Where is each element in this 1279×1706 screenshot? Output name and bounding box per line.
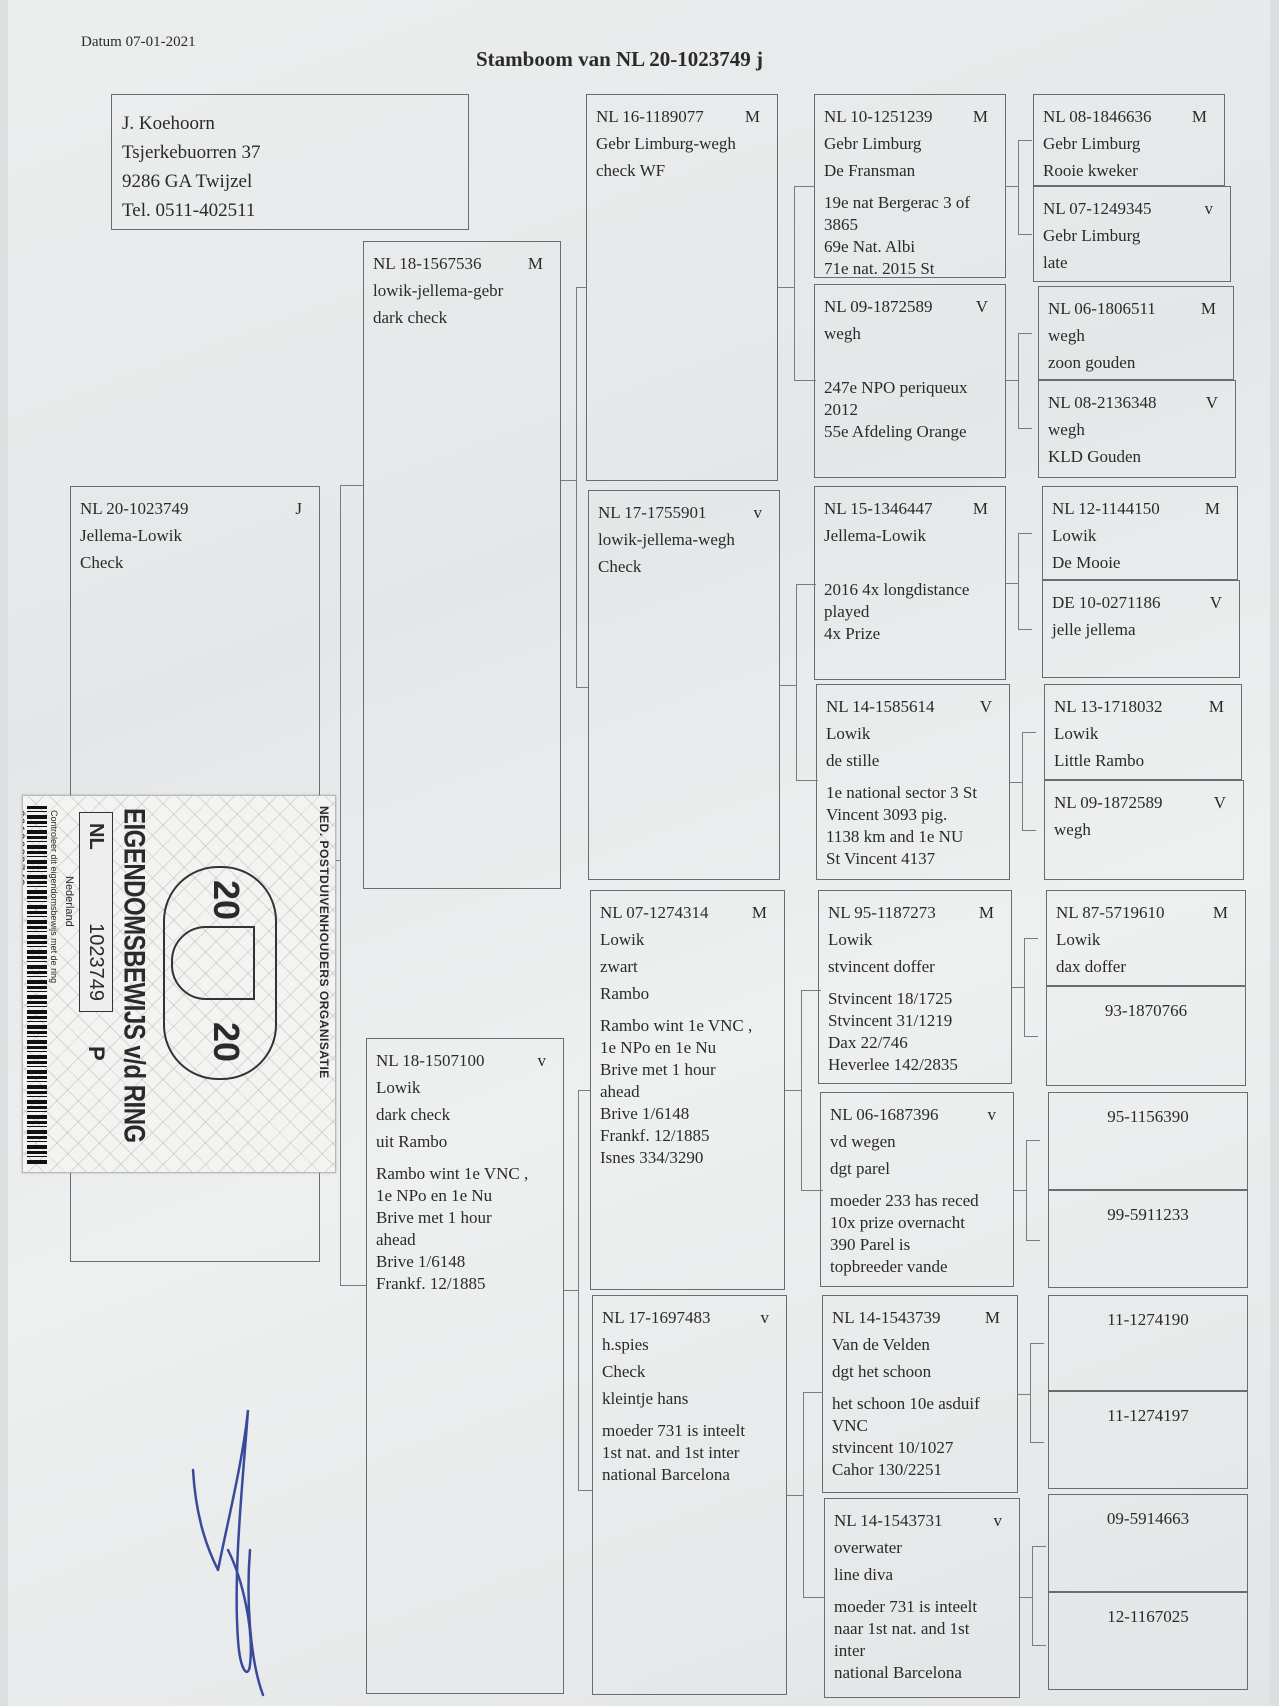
connector-line <box>1026 1240 1040 1241</box>
ring-number: NL 15-1346447 <box>824 495 932 522</box>
ring-number: NL 18-1507100 <box>376 1047 484 1074</box>
connector-line <box>794 186 814 187</box>
pigeon-detail: lowik-jellema-wegh <box>598 526 770 553</box>
sex-marker: M <box>1205 495 1220 522</box>
connector-line <box>1006 186 1018 187</box>
grandparent-box-2: NL 07-1274314MLowikzwartRamboRambo wint … <box>590 890 785 1290</box>
note-line: ahead <box>376 1229 554 1251</box>
pigeon-detail: Lowik <box>826 720 1000 747</box>
great-grandparent-box-6: NL 14-1543739MVan de Veldendgt het schoo… <box>822 1295 1018 1493</box>
note-line: St Vincent 4137 <box>826 848 1000 870</box>
owner-city: 9286 GA Twijzel <box>122 167 458 196</box>
grandparent-box-0: NL 16-1189077MGebr Limburg-weghcheck WF <box>586 94 778 481</box>
pigeon-detail: Gebr Limburg <box>1043 130 1215 157</box>
owner-street: Tsjerkebuorren 37 <box>122 138 458 167</box>
sex-marker: v <box>994 1507 1003 1534</box>
ring-number: NL 20-1023749 <box>80 495 188 522</box>
pigeon-detail: Lowik <box>600 926 775 953</box>
great-great-grandparent-box-14: 09-5914663 <box>1048 1494 1248 1592</box>
pigeon-header: NL 15-1346447M <box>824 495 996 522</box>
great-great-grandparent-box-4: NL 12-1144150MLowikDe Mooie <box>1042 486 1238 580</box>
pigeon-header: NL 10-1251239M <box>824 103 996 130</box>
date-value: 07-01-2021 <box>126 34 196 50</box>
sex-marker: M <box>1192 103 1207 130</box>
pigeon-detail: Van de Velden <box>832 1331 1008 1358</box>
pigeon-detail: Jellema-Lowik <box>824 522 996 549</box>
ring-number: NL 08-1846636 <box>1043 103 1151 130</box>
sex-marker: v <box>761 1304 770 1331</box>
pigeon-header: NL 20-1023749J <box>80 495 310 522</box>
connector-line <box>1014 1190 1026 1191</box>
pigeon-detail: dgt het schoon <box>832 1358 1008 1385</box>
pigeon-detail: kleintje hans <box>602 1385 777 1412</box>
pigeon-header: DE 10-0271186V <box>1052 589 1230 616</box>
note-line: Isnes 334/3290 <box>600 1147 775 1169</box>
note-line: 1138 km and 1e NU <box>826 826 1000 848</box>
great-great-grandparent-box-9: 93-1870766 <box>1046 986 1246 1086</box>
sex-marker: M <box>985 1304 1000 1331</box>
owner-phone: Tel. 0511-402511 <box>122 196 458 225</box>
ring-number: NL 09-1872589 <box>1054 789 1162 816</box>
sex-marker: M <box>973 103 988 130</box>
pigeon-detail: Lowik <box>1052 522 1228 549</box>
connector-line <box>1024 938 1025 1036</box>
connector-line <box>1030 1343 1044 1344</box>
pigeon-detail: Gebr Limburg-wegh <box>596 130 768 157</box>
connector-line <box>1006 380 1018 381</box>
pigeon-detail: dgt parel <box>830 1155 1004 1182</box>
connector-line <box>1018 140 1032 141</box>
pigeon-detail: Rambo <box>600 980 775 1007</box>
barcode-icon <box>27 806 47 1166</box>
pigeon-detail: Lowik <box>376 1074 554 1101</box>
note-line: Heverlee 142/2835 <box>828 1054 1002 1076</box>
pigeon-notes: het schoon 10e asduifVNCstvincent 10/102… <box>832 1393 1008 1481</box>
connector-line <box>803 1392 804 1597</box>
connector-line <box>576 287 577 687</box>
pigeon-notes: 19e nat Bergerac 3 of386569e Nat. Albi71… <box>824 192 996 280</box>
pigeon-header: NL 17-1697483v <box>602 1304 777 1331</box>
pigeon-detail: KLD Gouden <box>1048 443 1226 470</box>
sex-marker: v <box>538 1047 547 1074</box>
connector-line <box>787 1495 803 1496</box>
connector-line <box>1022 732 1023 830</box>
pigeon-detail: zoon gouden <box>1048 349 1224 376</box>
pigeon-detail: Lowik <box>1056 926 1236 953</box>
connector-line <box>578 1090 579 1490</box>
note-line: 1e NPo en 1e Nu <box>600 1037 775 1059</box>
connector-line <box>1032 1546 1033 1645</box>
great-grandparent-box-5: NL 06-1687396vvd wegendgt parelmoeder 23… <box>820 1092 1014 1287</box>
ring-number: NL 07-1249345 <box>1043 195 1151 222</box>
ring-number: 95-1156390 <box>1058 1103 1238 1130</box>
pigeon-header: NL 14-1585614V <box>826 693 1000 720</box>
date-line: Datum 07-01-2021 <box>81 34 196 51</box>
great-great-grandparent-box-0: NL 08-1846636MGebr LimburgRooie kweker <box>1033 94 1225 186</box>
great-great-grandparent-box-13: 11-1274197 <box>1048 1391 1248 1489</box>
great-grandparent-box-7: NL 14-1543731voverwaterline divamoeder 7… <box>824 1498 1020 1698</box>
note-line: moeder 731 is inteelt <box>602 1420 777 1442</box>
pigeon-header: NL 08-2136348V <box>1048 389 1226 416</box>
sex-marker: M <box>979 899 994 926</box>
parent-box-0: NL 18-1567536Mlowik-jellema-gebrdark che… <box>363 241 561 889</box>
sex-marker: M <box>1201 295 1216 322</box>
connector-line <box>796 584 816 585</box>
great-great-grandparent-box-7: NL 09-1872589Vwegh <box>1044 780 1244 880</box>
sex-marker: V <box>1214 789 1226 816</box>
pigeon-detail: dax doffer <box>1056 953 1236 980</box>
note-line: 2012 <box>824 399 996 421</box>
parent-box-1: NL 18-1507100vLowikdark checkuit RamboRa… <box>366 1038 564 1694</box>
signature-icon <box>188 1400 278 1700</box>
pigeon-detail: wegh <box>1054 816 1234 843</box>
pigeon-detail: De Mooie <box>1052 549 1228 576</box>
connector-line <box>561 480 576 481</box>
pigeon-detail: check WF <box>596 157 768 184</box>
note-line: het schoon 10e asduif <box>832 1393 1008 1415</box>
note-line: VNC <box>832 1415 1008 1437</box>
pigeon-header: NL 12-1144150M <box>1052 495 1228 522</box>
ring-number: NL 08-2136348 <box>1048 389 1156 416</box>
pigeon-header: NL 09-1872589V <box>1054 789 1234 816</box>
great-grandparent-box-0: NL 10-1251239MGebr LimburgDe Fransman19e… <box>814 94 1006 278</box>
pigeon-header: NL 07-1274314M <box>600 899 775 926</box>
great-grandparent-box-1: NL 09-1872589Vwegh247e NPO periqueux2012… <box>814 284 1006 478</box>
pigeon-header: NL 18-1507100v <box>376 1047 554 1074</box>
connector-line <box>1030 1343 1031 1442</box>
great-great-grandparent-box-6: NL 13-1718032MLowikLittle Rambo <box>1044 684 1242 780</box>
sex-marker: M <box>1209 693 1224 720</box>
ring-number: NL 09-1872589 <box>824 293 932 320</box>
note-line: naar 1st nat. and 1st <box>834 1618 1010 1640</box>
note-line: Brive 1/6148 <box>600 1103 775 1125</box>
connector-line <box>1024 938 1038 939</box>
grandparent-box-3: NL 17-1697483vh.spiesCheckkleintje hansm… <box>592 1295 787 1695</box>
card-check-text: Controleer dit eigendomsbewijs met de ri… <box>49 810 59 983</box>
connector-line <box>1018 1394 1030 1395</box>
pigeon-notes: 1e national sector 3 StVincent 3093 pig.… <box>826 782 1000 870</box>
connector-line <box>1024 1036 1038 1037</box>
connector-line <box>1018 533 1032 534</box>
note-line: stvincent 10/1027 <box>832 1437 1008 1459</box>
pigeon-detail: Jellema-Lowik <box>80 522 310 549</box>
card-year-left: 20 <box>205 880 247 920</box>
connector-line <box>340 485 341 1285</box>
note-line: 55e Afdeling Orange <box>824 421 996 443</box>
connector-line <box>801 1190 823 1191</box>
ring-number: NL 14-1543739 <box>832 1304 940 1331</box>
connector-line <box>801 990 802 1190</box>
note-line: 3865 <box>824 214 996 236</box>
great-great-grandparent-box-8: NL 87-5719610MLowikdax doffer <box>1046 890 1246 986</box>
owner-address-box: J. Koehoorn Tsjerkebuorren 37 9286 GA Tw… <box>111 94 469 230</box>
connector-line <box>796 584 797 780</box>
sex-marker: V <box>1210 589 1222 616</box>
ring-number: NL 17-1697483 <box>602 1304 710 1331</box>
note-line: Vincent 3093 pig. <box>826 804 1000 826</box>
pigeon-notes: moeder 233 has reced10x prize overnacht3… <box>830 1190 1004 1278</box>
note-line: 71e nat. 2015 St <box>824 258 996 280</box>
connector-line <box>340 1285 366 1286</box>
great-grandparent-box-4: NL 95-1187273MLowikstvincent dofferStvin… <box>818 890 1012 1084</box>
pigeon-header: NL 95-1187273M <box>828 899 1002 926</box>
connector-line <box>1020 1597 1032 1598</box>
note-line: topbreeder vande <box>830 1256 1004 1278</box>
pigeon-detail: Check <box>602 1358 777 1385</box>
ring-number: NL 95-1187273 <box>828 899 936 926</box>
sex-marker: v <box>754 499 763 526</box>
barcode-number: 2010023749 <box>22 810 27 887</box>
note-line: Cahor 130/2251 <box>832 1459 1008 1481</box>
sex-marker: v <box>1205 195 1214 222</box>
card-organisation: NED. POSTDUIVENHOUDERS ORGANISATIE <box>317 806 331 1079</box>
ring-number: NL 17-1755901 <box>598 499 706 526</box>
card-country: Nederland <box>63 876 75 927</box>
pigeon-header: NL 14-1543739M <box>832 1304 1008 1331</box>
note-line: ahead <box>600 1081 775 1103</box>
note-line: Brive met 1 hour <box>376 1207 554 1229</box>
pigeon-header: NL 07-1249345v <box>1043 195 1221 222</box>
note-line: Brive met 1 hour <box>600 1059 775 1081</box>
pigeon-detail: dark check <box>376 1101 554 1128</box>
connector-line <box>1018 533 1019 629</box>
note-line: 2016 4x longdistance <box>824 579 996 601</box>
note-line: national Barcelona <box>602 1464 777 1486</box>
note-line <box>824 557 996 579</box>
pigeon-detail: dark check <box>373 304 551 331</box>
note-line: 4x Prize <box>824 623 996 645</box>
sex-marker: v <box>988 1101 997 1128</box>
pigeon-header: NL 14-1543731v <box>834 1507 1010 1534</box>
note-line: 390 Parel is <box>830 1234 1004 1256</box>
note-line: 1e NPo en 1e Nu <box>376 1185 554 1207</box>
note-line: Rambo wint 1e VNC , <box>600 1015 775 1037</box>
connector-line <box>578 1090 590 1091</box>
great-great-grandparent-box-10: 95-1156390 <box>1048 1092 1248 1190</box>
great-great-grandparent-box-1: NL 07-1249345vGebr Limburglate <box>1033 186 1231 282</box>
ring-number: NL 13-1718032 <box>1054 693 1162 720</box>
pigeon-header: NL 06-1687396v <box>830 1101 1004 1128</box>
ring-number: 09-5914663 <box>1058 1505 1238 1532</box>
ring-number: NL 14-1585614 <box>826 693 934 720</box>
sex-marker: V <box>1206 389 1218 416</box>
connector-line <box>1022 732 1036 733</box>
sex-marker: M <box>973 495 988 522</box>
connector-line <box>785 1090 801 1091</box>
pigeon-detail: de stille <box>826 747 1000 774</box>
pigeon-detail: Check <box>80 549 310 576</box>
card-country-code: NL <box>85 823 108 850</box>
note-line: 1e national sector 3 St <box>826 782 1000 804</box>
pigeon-detail: vd wegen <box>830 1128 1004 1155</box>
great-great-grandparent-box-12: 11-1274190 <box>1048 1295 1248 1391</box>
grandparent-box-1: NL 17-1755901vlowik-jellema-weghCheck <box>588 490 780 880</box>
note-line: 1st nat. and 1st inter <box>602 1442 777 1464</box>
pigeon-notes: moeder 731 is inteeltnaar 1st nat. and 1… <box>834 1596 1010 1684</box>
pigeon-notes: Stvincent 18/1725Stvincent 31/1219Dax 22… <box>828 988 1002 1076</box>
pigeon-notes: moeder 731 is inteelt1st nat. and 1st in… <box>602 1420 777 1486</box>
pigeon-detail: De Fransman <box>824 157 996 184</box>
connector-line <box>794 186 795 380</box>
pigeon-header: NL 08-1846636M <box>1043 103 1215 130</box>
pigeon-header: NL 06-1806511M <box>1048 295 1224 322</box>
connector-line <box>1018 234 1032 235</box>
pigeon-detail: lowik-jellema-gebr <box>373 277 551 304</box>
note-line: Frankf. 12/1885 <box>376 1273 554 1295</box>
connector-line <box>578 1490 592 1491</box>
connector-line <box>794 380 816 381</box>
pigeon-header: NL 09-1872589V <box>824 293 996 320</box>
note-line: Stvincent 31/1219 <box>828 1010 1002 1032</box>
note-line: played <box>824 601 996 623</box>
pigeon-detail: Little Rambo <box>1054 747 1232 774</box>
ring-number: NL 16-1189077 <box>596 103 704 130</box>
connector-line <box>1026 1140 1040 1141</box>
pigeon-detail: late <box>1043 249 1221 276</box>
owner-name: J. Koehoorn <box>122 109 458 138</box>
pigeon-detail: Lowik <box>1054 720 1232 747</box>
pigeon-header: NL 17-1755901v <box>598 499 770 526</box>
ring-number: 99-5911233 <box>1058 1201 1238 1228</box>
pigeon-detail: Gebr Limburg <box>1043 222 1221 249</box>
pigeon-header: NL 87-5719610M <box>1056 899 1236 926</box>
note-line: Brive 1/6148 <box>376 1251 554 1273</box>
connector-line <box>1022 830 1036 831</box>
sex-marker: M <box>528 250 543 277</box>
connector-line <box>576 287 586 288</box>
sex-marker: V <box>980 693 992 720</box>
sex-marker: V <box>976 293 988 320</box>
connector-line <box>801 990 821 991</box>
connector-line <box>1032 1546 1046 1547</box>
sex-marker: M <box>752 899 767 926</box>
ring-number: NL 10-1251239 <box>824 103 932 130</box>
connector-line <box>1018 140 1019 234</box>
card-logo-letter: P <box>83 1046 109 1061</box>
connector-line <box>803 1392 823 1393</box>
ring-number: 11-1274190 <box>1058 1306 1238 1333</box>
sex-marker: M <box>745 103 760 130</box>
connector-line <box>796 780 818 781</box>
note-line: moeder 731 is inteelt <box>834 1596 1010 1618</box>
ring-number: NL 06-1687396 <box>830 1101 938 1128</box>
ring-number: NL 87-5719610 <box>1056 899 1164 926</box>
great-great-grandparent-box-15: 12-1167025 <box>1048 1592 1248 1690</box>
ring-number: NL 06-1806511 <box>1048 295 1156 322</box>
ring-number: 11-1274197 <box>1058 1402 1238 1429</box>
great-grandparent-box-3: NL 14-1585614VLowikde stille1e national … <box>816 684 1010 880</box>
connector-line <box>1018 428 1032 429</box>
note-line: Frankf. 12/1885 <box>600 1125 775 1147</box>
connector-line <box>803 1597 825 1598</box>
connector-line <box>1010 782 1022 783</box>
great-great-grandparent-box-3: NL 08-2136348VweghKLD Gouden <box>1038 380 1236 478</box>
pigeon-detail: overwater <box>834 1534 1010 1561</box>
pigeon-header: NL 16-1189077M <box>596 103 768 130</box>
note-line: moeder 233 has reced <box>830 1190 1004 1212</box>
pedigree-paper: Datum 07-01-2021 Stamboom van NL 20-1023… <box>8 0 1270 1706</box>
pigeon-header: NL 18-1567536M <box>373 250 551 277</box>
sex-marker: J <box>295 495 302 522</box>
connector-line <box>1018 333 1019 428</box>
pigeon-header: NL 13-1718032M <box>1054 693 1232 720</box>
ring-number: NL 14-1543731 <box>834 1507 942 1534</box>
connector-line <box>340 485 363 486</box>
note-line: 69e Nat. Albi <box>824 236 996 258</box>
pigeon-notes: 2016 4x longdistanceplayed4x Prize <box>824 557 996 645</box>
note-line: national Barcelona <box>834 1662 1010 1684</box>
note-line <box>824 355 996 377</box>
great-grandparent-box-2: NL 15-1346447MJellema-Lowik2016 4x longd… <box>814 486 1006 680</box>
ring-number-box: NL 1023749 <box>79 812 113 1012</box>
pigeon-detail: uit Rambo <box>376 1128 554 1155</box>
connector-line <box>780 685 796 686</box>
lion-seal-icon <box>171 926 255 1000</box>
great-great-grandparent-box-11: 99-5911233 <box>1048 1190 1248 1288</box>
ring-number: 12-1167025 <box>1058 1603 1238 1630</box>
great-great-grandparent-box-5: DE 10-0271186Vjelle jellema <box>1042 580 1240 678</box>
pigeon-notes: Rambo wint 1e VNC ,1e NPo en 1e NuBrive … <box>600 1015 775 1169</box>
ring-number: DE 10-0271186 <box>1052 589 1160 616</box>
note-line: Stvincent 18/1725 <box>828 988 1002 1010</box>
card-title: EIGENDOMSBEWIJS v/d RING <box>116 808 151 1143</box>
connector-line <box>1012 987 1024 988</box>
pigeon-notes: Rambo wint 1e VNC ,1e NPo en 1e NuBrive … <box>376 1163 554 1295</box>
pigeon-detail: wegh <box>824 320 996 347</box>
pigeon-detail: Lowik <box>828 926 1002 953</box>
pigeon-detail: h.spies <box>602 1331 777 1358</box>
ring-number: 93-1870766 <box>1056 997 1236 1024</box>
pigeon-detail: line diva <box>834 1561 1010 1588</box>
connector-line <box>1018 629 1032 630</box>
connector-line <box>1032 1645 1046 1646</box>
ring-number: NL 07-1274314 <box>600 899 708 926</box>
pigeon-detail: wegh <box>1048 416 1226 443</box>
connector-line <box>1030 1442 1044 1443</box>
note-line: 19e nat Bergerac 3 of <box>824 192 996 214</box>
ring-number: NL 12-1144150 <box>1052 495 1160 522</box>
great-great-grandparent-box-2: NL 06-1806511Mweghzoon gouden <box>1038 286 1234 380</box>
note-line: Rambo wint 1e VNC , <box>376 1163 554 1185</box>
connector-line <box>1018 333 1032 334</box>
pigeon-detail: Gebr Limburg <box>824 130 996 157</box>
pigeon-detail: jelle jellema <box>1052 616 1230 643</box>
card-ring-number: 1023749 <box>85 923 108 1001</box>
pigeon-detail: Check <box>598 553 770 580</box>
connector-line <box>576 687 588 688</box>
connector-line <box>778 287 794 288</box>
note-line: 247e NPO periqueux <box>824 377 996 399</box>
pigeon-notes: 247e NPO periqueux201255e Afdeling Orang… <box>824 355 996 443</box>
page-title: Stamboom van NL 20-1023749 j <box>476 47 763 72</box>
note-line: inter <box>834 1640 1010 1662</box>
pigeon-detail: zwart <box>600 953 775 980</box>
date-label: Datum <box>81 34 122 50</box>
card-year-right: 20 <box>205 1022 247 1062</box>
pigeon-detail: wegh <box>1048 322 1224 349</box>
pigeon-detail: Rooie kweker <box>1043 157 1215 184</box>
connector-line <box>564 1290 578 1291</box>
note-line: 10x prize overnacht <box>830 1212 1004 1234</box>
sex-marker: M <box>1213 899 1228 926</box>
ring-number: NL 18-1567536 <box>373 250 481 277</box>
note-line: Dax 22/746 <box>828 1032 1002 1054</box>
pigeon-detail: stvincent doffer <box>828 953 1002 980</box>
connector-line <box>1026 1140 1027 1240</box>
connector-line <box>1006 583 1018 584</box>
ring-ownership-card: NED. POSTDUIVENHOUDERS ORGANISATIE 20 20… <box>22 795 336 1173</box>
